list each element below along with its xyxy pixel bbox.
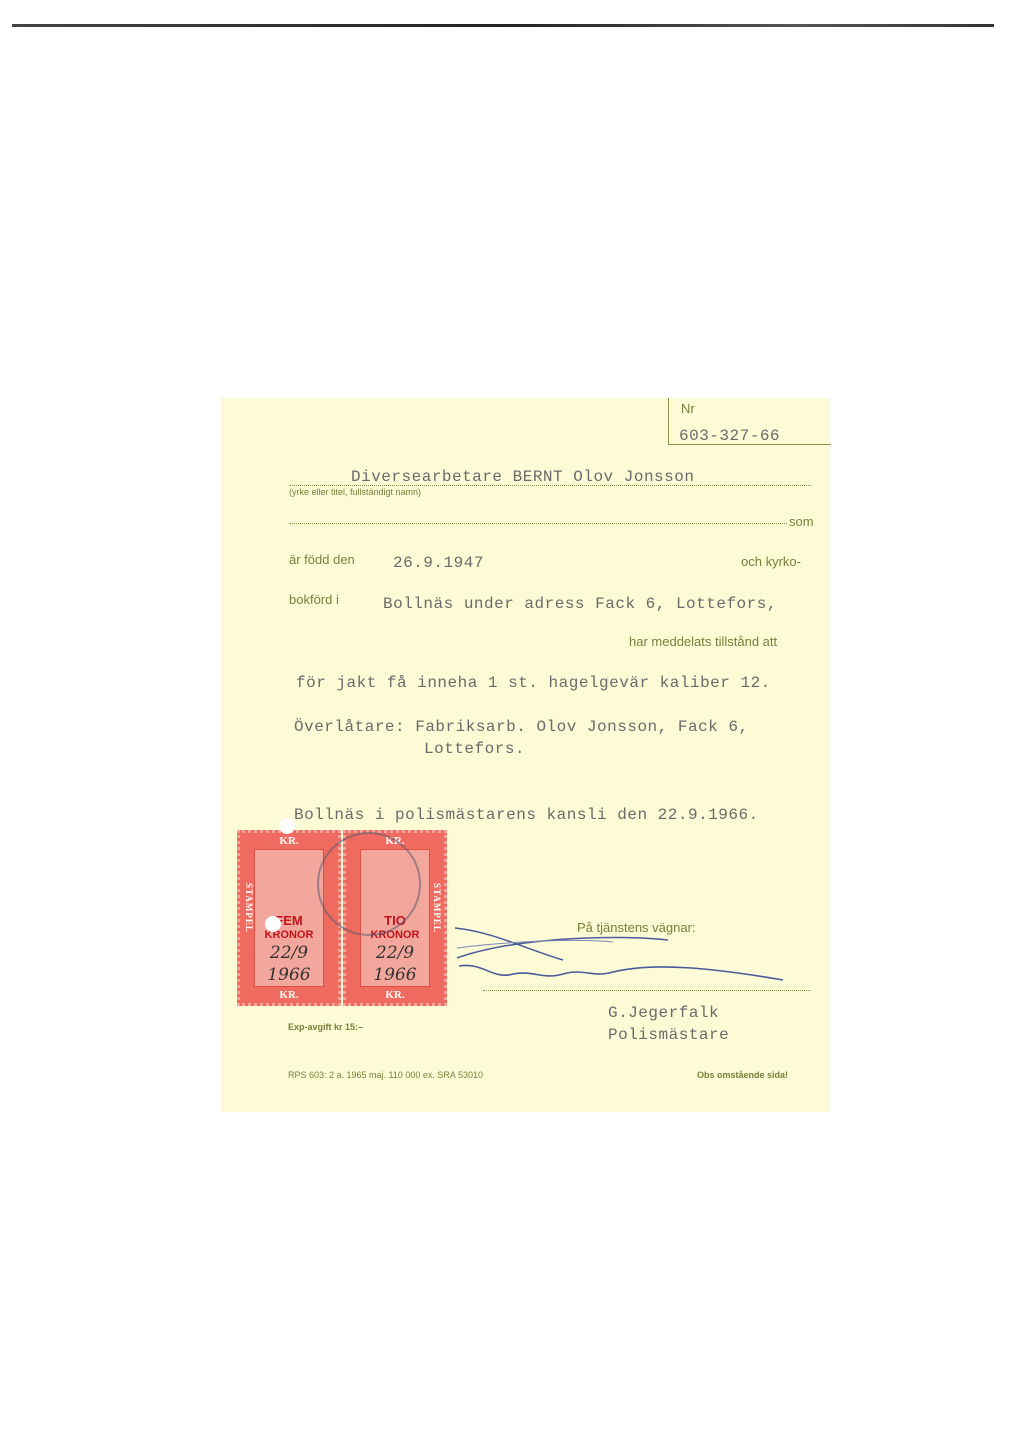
- nr-value: 603-327-66: [679, 427, 780, 445]
- stamp-cancel-year: 1966: [240, 965, 338, 985]
- transferor-line-2: Lottefors.: [424, 740, 525, 758]
- name-line: Diversearbetare BERNT Olov Jonsson: [351, 468, 694, 486]
- punch-hole: [279, 818, 295, 834]
- born-date: 26.9.1947: [393, 554, 484, 572]
- fee-label: Exp-avgift kr 15:–: [288, 1022, 363, 1032]
- punch-hole: [265, 916, 281, 932]
- scan-edge-line: [12, 24, 994, 27]
- signature-dotline: [483, 990, 811, 991]
- stamp-kr-top: KR.: [240, 835, 338, 847]
- stamp-value-unit: KRONOR: [240, 929, 338, 941]
- stamp-kr-bottom: KR.: [240, 989, 338, 1001]
- permit-card: Nr 603-327-66 Diversearbetare BERNT Olov…: [221, 398, 830, 1112]
- stamp-value-word: FEM: [240, 913, 338, 928]
- born-label: är född den: [289, 552, 355, 567]
- stamp-kr-bottom: KR.: [346, 989, 444, 1001]
- permission-text: för jakt få inneha 1 st. hagelgevär kali…: [296, 674, 771, 692]
- church-label-1: och kyrko-: [741, 554, 801, 569]
- stamp-cancel-date: 22/9: [240, 943, 338, 963]
- footer-note: Obs omstående sida!: [697, 1070, 788, 1080]
- registered-place: Bollnäs under adress Fack 6, Lottefors,: [383, 595, 777, 613]
- revenue-stamps: KR. STAMPEL FEM KRONOR 22/9 1966 KR. KR.…: [237, 830, 451, 1010]
- transferor-line-1: Överlåtare: Fabriksarb. Olov Jonsson, Fa…: [294, 718, 749, 736]
- number-box: Nr 603-327-66: [668, 398, 831, 445]
- signatory-name: G.Jegerfalk: [608, 1004, 719, 1022]
- church-label-2: bokförd i: [289, 592, 339, 607]
- stamp-cancel-date: 22/9: [346, 943, 444, 963]
- som-label: som: [789, 514, 814, 529]
- issued-line: Bollnäs i polismästarens kansli den 22.9…: [294, 806, 759, 824]
- name-dotline: [289, 485, 811, 486]
- postmark-icon: [317, 832, 421, 936]
- signature-icon: [453, 918, 813, 998]
- nr-label: Nr: [681, 401, 695, 416]
- permission-label: har meddelats tillstånd att: [629, 634, 777, 649]
- signatory-title: Polismästare: [608, 1026, 729, 1044]
- stamp-cancel-year: 1966: [346, 965, 444, 985]
- second-dotline: [289, 523, 787, 524]
- name-caption: (yrke eller titel, fullständigt namn): [289, 487, 421, 497]
- footer-form-id: RPS 603: 2 a. 1965 maj. 110 000 ex. SRA …: [288, 1070, 483, 1080]
